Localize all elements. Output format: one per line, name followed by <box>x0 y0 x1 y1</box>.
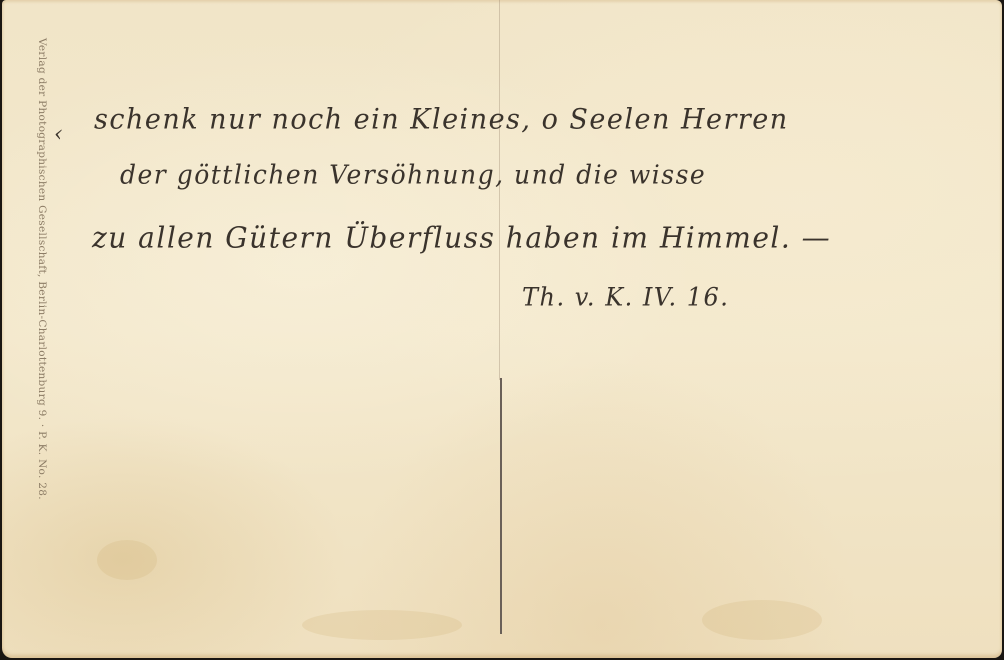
postcard-back: Verlag der Photographischen Gesellschaft… <box>2 0 1002 658</box>
center-divider-faint <box>499 0 500 380</box>
leading-mark: ‹ <box>54 122 63 147</box>
handwritten-line-3: zu allen Gütern Überfluss haben im Himme… <box>92 220 831 255</box>
paper-stain <box>702 600 822 640</box>
center-divider-line <box>500 378 502 634</box>
paper-stain <box>302 610 462 640</box>
handwritten-line-1: schenk nur noch ein Kleines, o Seelen He… <box>94 103 789 136</box>
handwritten-signature: Th. v. K. IV. 16. <box>522 282 729 311</box>
paper-stain <box>97 540 157 580</box>
publisher-imprint: Verlag der Photographischen Gesellschaft… <box>36 38 48 598</box>
handwritten-line-2: der göttlichen Versöhnung, und die wisse <box>120 159 706 189</box>
